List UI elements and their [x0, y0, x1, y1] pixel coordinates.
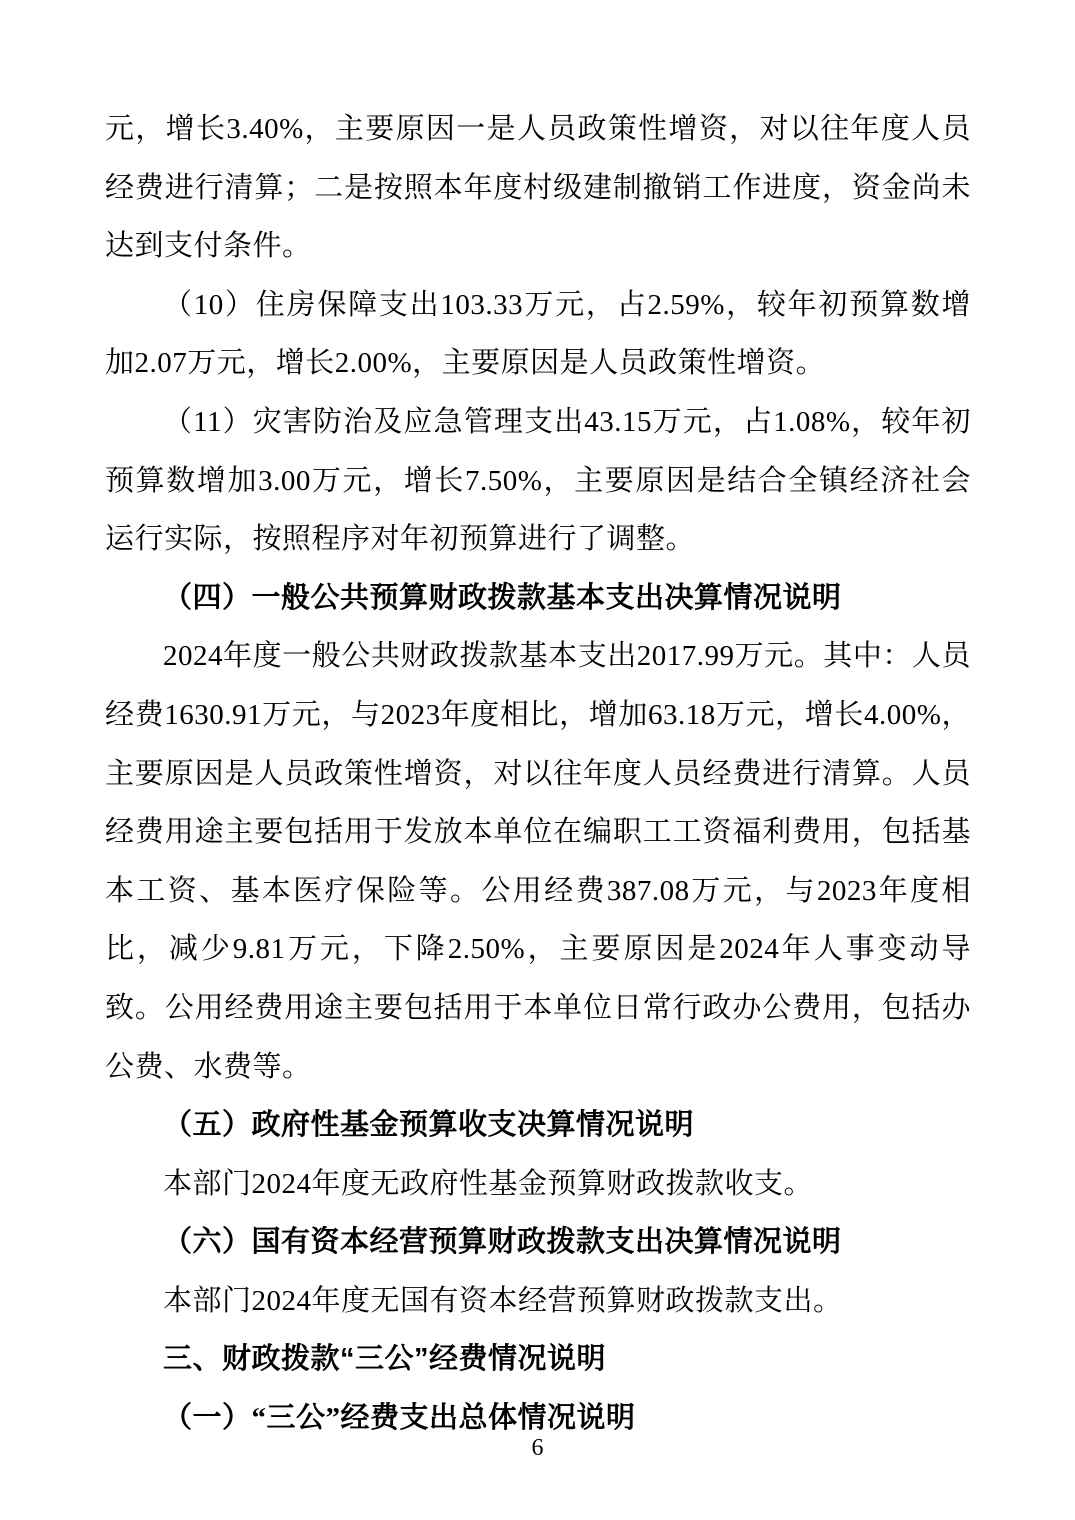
heading-section-6-state-capital: （六）国有资本经营预算财政拨款支出决算情况说明: [105, 1213, 971, 1272]
paragraph-expenditure-reason-continuation: 元，增长3.40%，主要原因一是人员政策性增资，对以往年度人员经费进行清算；二是…: [105, 100, 971, 276]
paragraph-item-11-disaster-prevention: （11）灾害防治及应急管理支出43.15万元，占1.08%，较年初预算数增加3.…: [105, 393, 971, 569]
heading-section-5-government-fund: （五）政府性基金预算收支决算情况说明: [105, 1096, 971, 1155]
paragraph-state-capital-note: 本部门2024年度无国有资本经营预算财政拨款支出。: [105, 1272, 971, 1331]
paragraph-basic-expenditure-detail: 2024年度一般公共财政拨款基本支出2017.99万元。其中：人员经费1630.…: [105, 627, 971, 1096]
heading-section-4-basic-expenditure: （四）一般公共预算财政拨款基本支出决算情况说明: [105, 569, 971, 628]
document-body: 元，增长3.40%，主要原因一是人员政策性增资，对以往年度人员经费进行清算；二是…: [105, 100, 971, 1448]
document-page: 元，增长3.40%，主要原因一是人员政策性增资，对以往年度人员经费进行清算；二是…: [0, 0, 1075, 1520]
heading-chapter-3-three-public-funds: 三、财政拨款“三公”经费情况说明: [105, 1330, 971, 1389]
page-number: 6: [0, 1434, 1075, 1462]
paragraph-government-fund-note: 本部门2024年度无政府性基金预算财政拨款收支。: [105, 1155, 971, 1214]
paragraph-item-10-housing-security: （10）住房保障支出103.33万元，占2.59%，较年初预算数增加2.07万元…: [105, 276, 971, 393]
